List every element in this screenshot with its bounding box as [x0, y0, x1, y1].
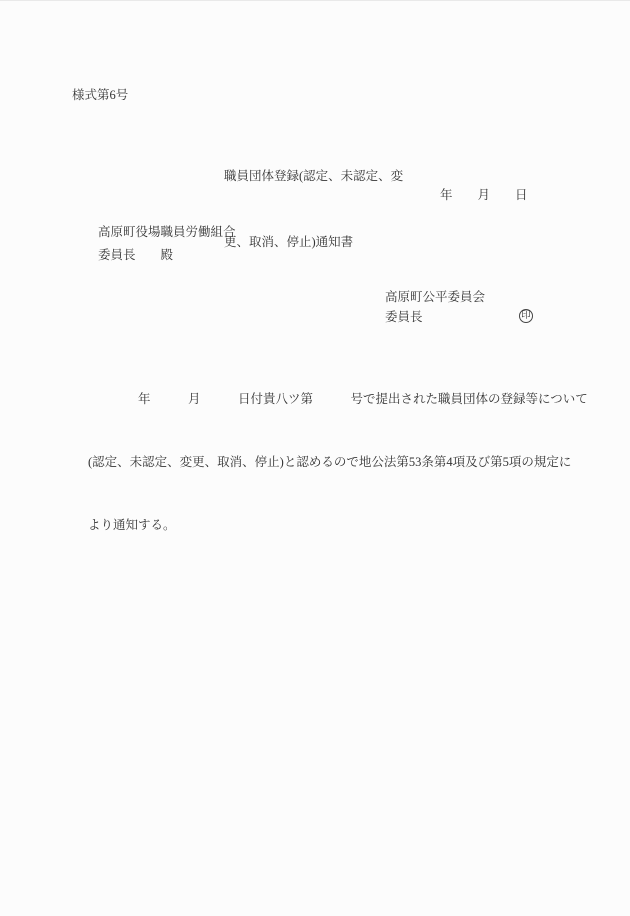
- sender-title: 委員長: [385, 307, 423, 325]
- recipient-organization: 高原町役場職員労働組合: [98, 222, 236, 240]
- body-line-1: 年 月 日付貴八ツ第 号で提出された職員団体の登録等について: [88, 389, 588, 410]
- document-title: 職員団体登録(認定、未認定、変 更、取消、停止)通知書: [224, 121, 403, 297]
- form-number: 様式第6号: [72, 85, 128, 103]
- seal-icon: 印: [519, 309, 533, 323]
- sender-organization: 高原町公平委員会: [385, 287, 485, 305]
- sender-title-line: 委員長 印: [385, 307, 533, 325]
- document-title-line-1: 職員団体登録(認定、未認定、変: [224, 165, 403, 187]
- document-page: 様式第6号 職員団体登録(認定、未認定、変 更、取消、停止)通知書 年 月 日 …: [0, 0, 630, 916]
- body-paragraph: 年 月 日付貴八ツ第 号で提出された職員団体の登録等について (認定、未認定、変…: [88, 347, 588, 578]
- body-line-3: より通知する。: [88, 515, 588, 536]
- document-title-line-2: 更、取消、停止)通知書: [224, 231, 403, 253]
- body-line-2: (認定、未認定、変更、取消、停止)と認めるので地公法第53条第4項及び第5項の規…: [88, 452, 588, 473]
- date-placeholder-line: 年 月 日: [440, 185, 528, 203]
- recipient-addressee: 委員長 殿: [98, 245, 173, 263]
